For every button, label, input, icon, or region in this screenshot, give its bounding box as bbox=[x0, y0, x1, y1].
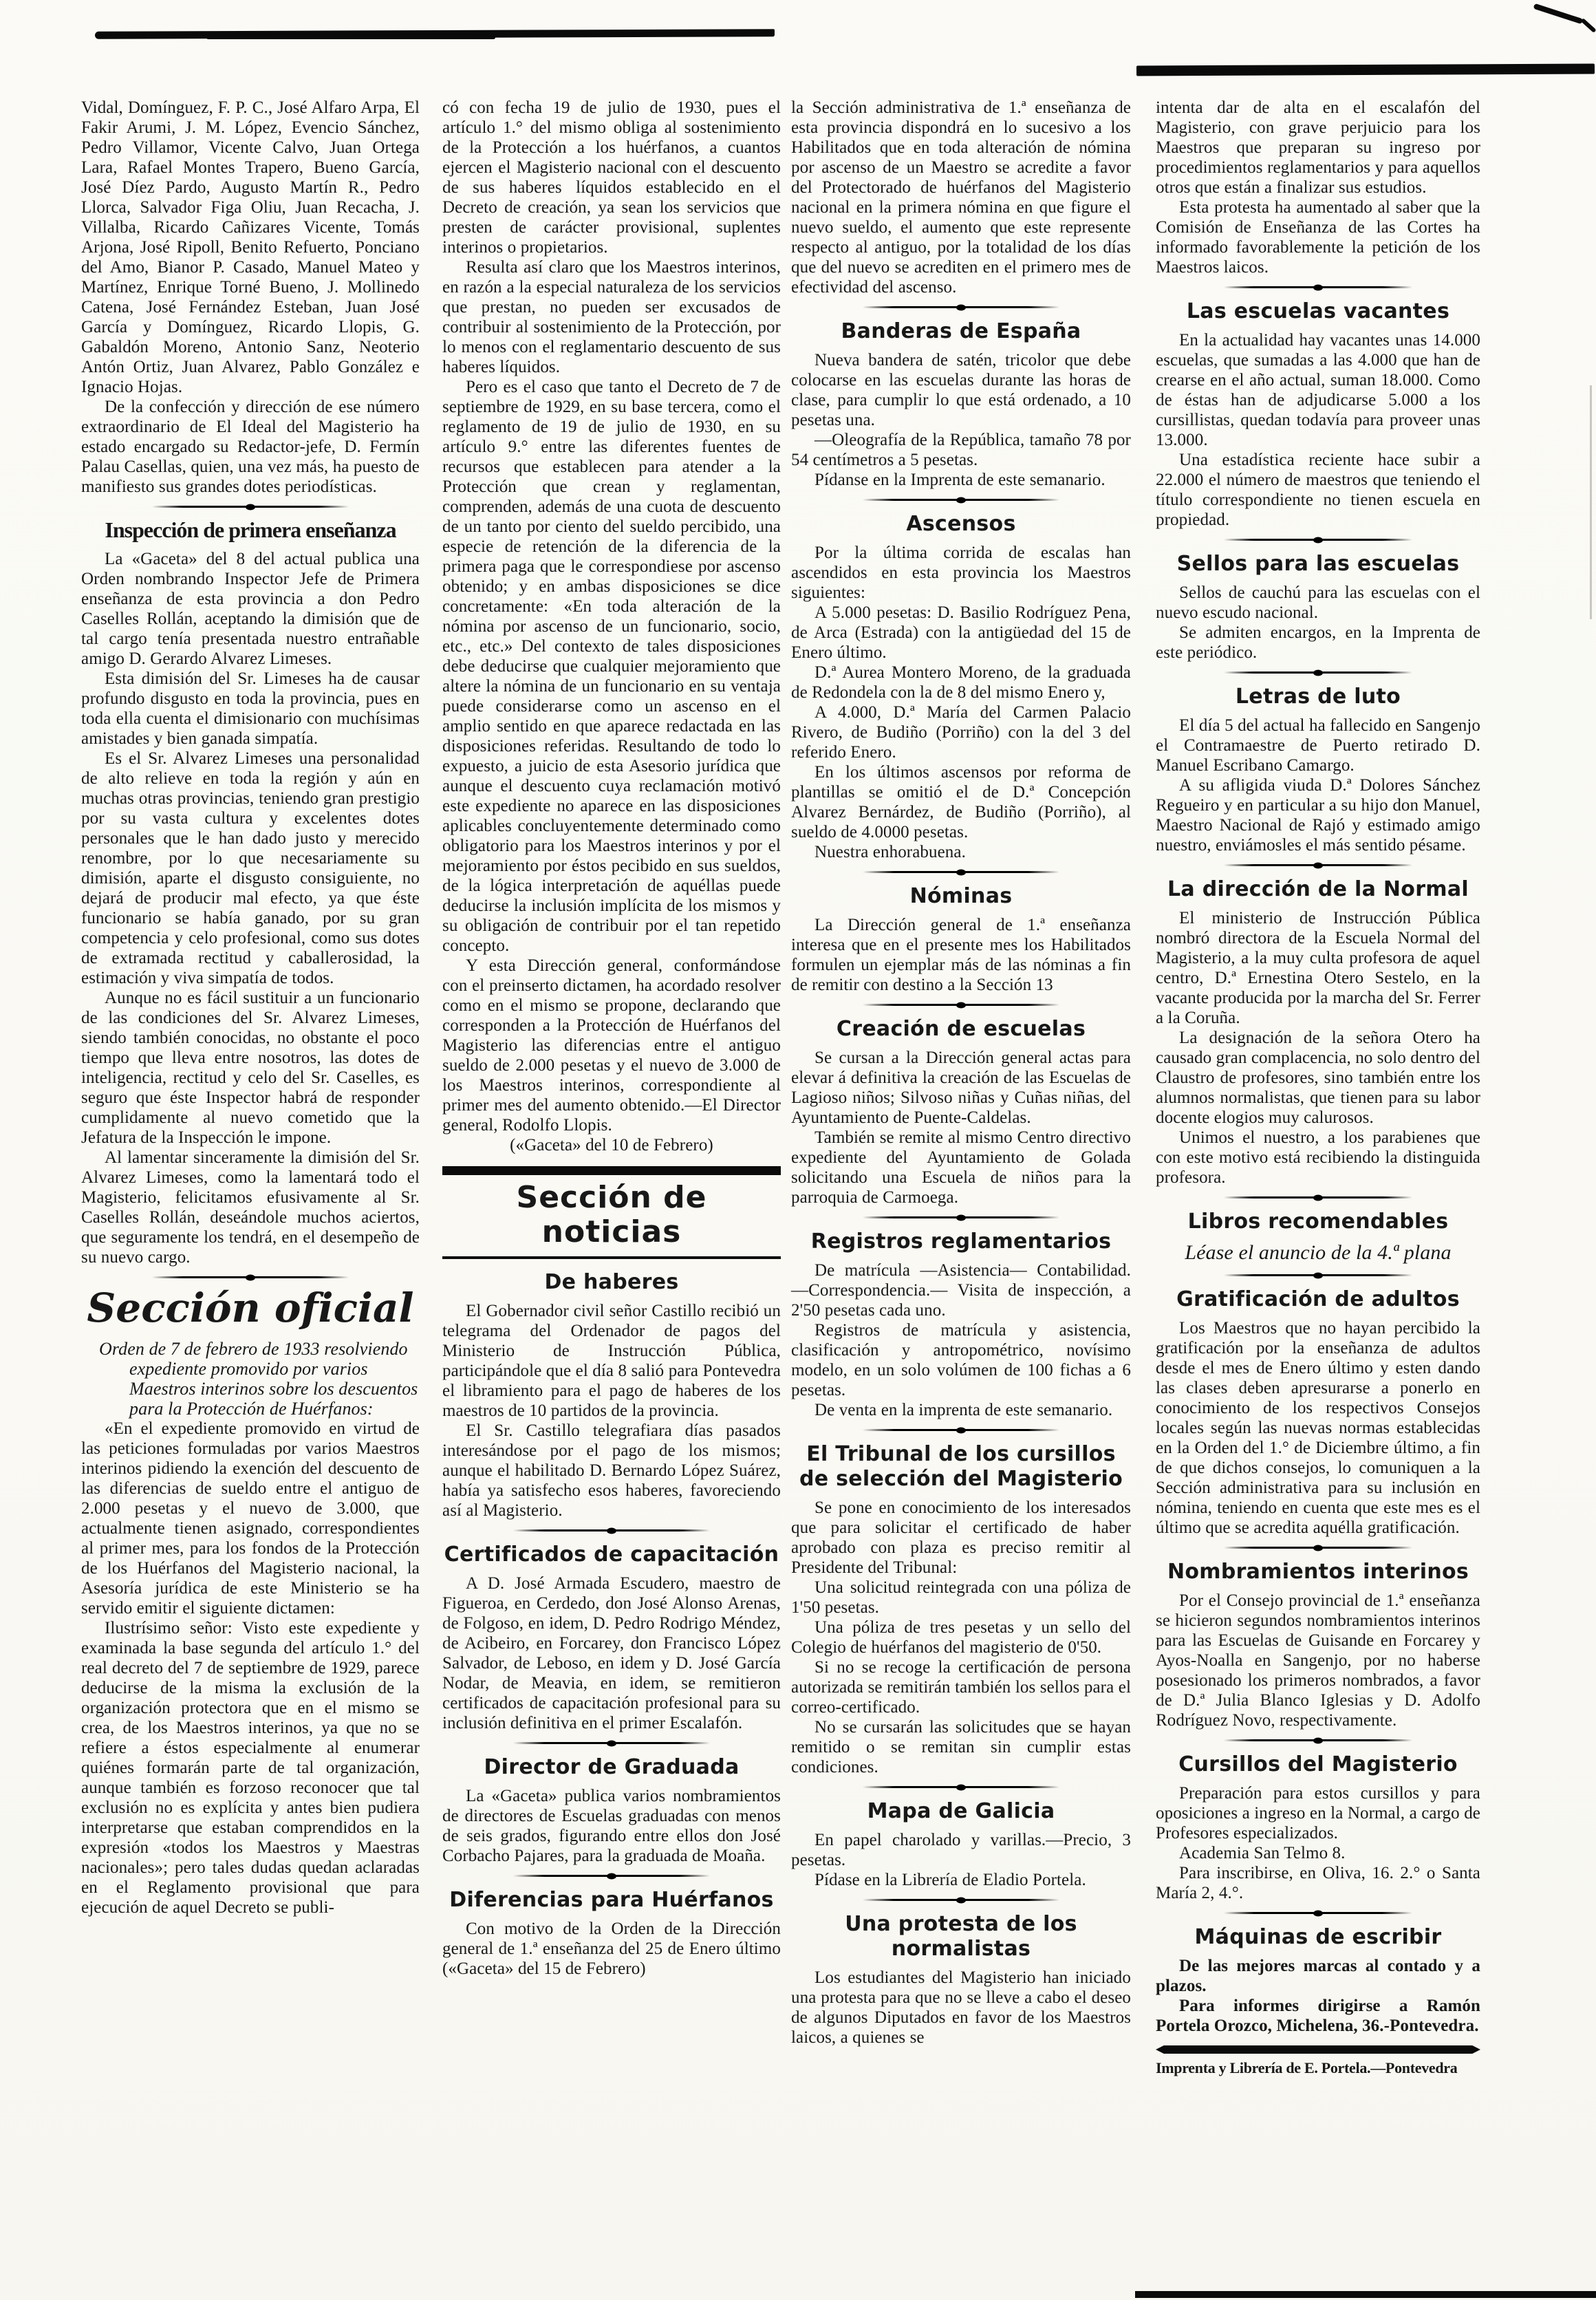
paragraph: De las mejores marcas al contado y a pla… bbox=[1156, 1956, 1480, 1996]
paragraph: A 4.000, D.ª María del Carmen Palacio Ri… bbox=[791, 702, 1131, 762]
divider-rule bbox=[1224, 1912, 1412, 1914]
paragraph: De venta en la imprenta de este semanari… bbox=[791, 1400, 1131, 1420]
paragraph: En los últimos ascensos por reforma de p… bbox=[791, 762, 1131, 842]
article-heading: La dirección de la Normal bbox=[1156, 877, 1480, 902]
paragraph: Resulta así claro que los Maestros inter… bbox=[442, 257, 781, 377]
news-banner-title: Sección de noticias bbox=[442, 1181, 781, 1249]
paragraph: A su afligida viuda D.ª Dolores Sánchez … bbox=[1156, 775, 1480, 855]
paragraph: También se remite al mismo Centro direct… bbox=[791, 1128, 1131, 1207]
article-heading: Mapa de Galicia bbox=[791, 1799, 1131, 1824]
paragraph: Se pone en conocimiento de los interesad… bbox=[791, 1498, 1131, 1578]
paragraph: D.ª Aurea Montero Moreno, de la graduada… bbox=[791, 663, 1131, 702]
section-heading: Inspección de primera enseñanza bbox=[81, 517, 420, 542]
paragraph: La «Gaceta» publica varios nombramientos… bbox=[442, 1786, 781, 1866]
divider-rule bbox=[152, 1276, 348, 1278]
divider-rule bbox=[1224, 1274, 1412, 1276]
divider-rule bbox=[863, 1429, 1060, 1431]
paragraph: Esta dimisión del Sr. Limeses ha de caus… bbox=[81, 669, 420, 749]
column-1: Vidal, Domínguez, F. P. C., José Alfaro … bbox=[81, 98, 420, 1917]
article-heading: Una protesta de los normalistas bbox=[791, 1912, 1131, 1962]
paragraph: De matrícula —Asistencia— Contabilidad.—… bbox=[791, 1260, 1131, 1320]
paragraph: Para inscribirse, en Oliva, 16. 2.° o Sa… bbox=[1156, 1863, 1480, 1903]
article-heading: De haberes bbox=[442, 1270, 781, 1295]
paragraph: Vidal, Domínguez, F. P. C., José Alfaro … bbox=[81, 98, 420, 397]
divider-rule bbox=[513, 1875, 709, 1877]
divider-rule bbox=[863, 1899, 1060, 1901]
paragraph: Academia San Telmo 8. bbox=[1156, 1843, 1480, 1863]
article-heading: Las escuelas vacantes bbox=[1156, 299, 1480, 324]
article-heading: Gratificación de adultos bbox=[1156, 1287, 1480, 1312]
divider-rule bbox=[1224, 539, 1412, 541]
paragraph: Unimos el nuestro, a los parabienes que … bbox=[1156, 1128, 1480, 1187]
article-heading: El Tribunal de los cursillos de selecció… bbox=[791, 1442, 1131, 1492]
divider-rule bbox=[863, 306, 1060, 308]
divider-rule bbox=[863, 1004, 1060, 1006]
paragraph: No se cursarán las solicitudes que se ha… bbox=[791, 1717, 1131, 1777]
article-heading: Creación de escuelas bbox=[791, 1017, 1131, 1042]
paragraph: Con motivo de la Orden de la Dirección g… bbox=[442, 1919, 781, 1979]
article-heading: Libros recomendables bbox=[1156, 1210, 1480, 1234]
paragraph: Se cursan a la Dirección general actas p… bbox=[791, 1048, 1131, 1128]
paragraph: Los Maestros que no hayan percibido la g… bbox=[1156, 1318, 1480, 1538]
column-3: la Sección administrativa de 1.ª enseñan… bbox=[791, 98, 1131, 2048]
paragraph: Pídase en la Librería de Eladio Portela. bbox=[791, 1870, 1131, 1890]
paragraph: Los estudiantes del Magisterio han inici… bbox=[791, 1968, 1131, 2048]
article-heading: Diferencias para Huérfanos bbox=[442, 1888, 781, 1913]
paragraph: Se admiten encargos, en la Imprenta de e… bbox=[1156, 623, 1480, 663]
paragraph: De la confección y dirección de ese núme… bbox=[81, 397, 420, 497]
newspaper-page: Vidal, Domínguez, F. P. C., José Alfaro … bbox=[0, 0, 1596, 2300]
paragraph: En papel charolado y varillas.—Precio, 3… bbox=[791, 1830, 1131, 1870]
column-2: có con fecha 19 de julio de 1930, pues e… bbox=[442, 98, 781, 1979]
divider-rule bbox=[863, 871, 1060, 873]
paragraph: Al lamentar sinceramente la dimisión del… bbox=[81, 1148, 420, 1267]
paragraph: En la actualidad hay vacantes unas 14.00… bbox=[1156, 330, 1480, 450]
paragraph: A 5.000 pesetas: D. Basilio Rodríguez Pe… bbox=[791, 603, 1131, 663]
article-heading: Máquinas de escribir bbox=[1156, 1925, 1480, 1950]
article-heading: Banderas de España bbox=[791, 319, 1131, 344]
divider-rule bbox=[1224, 671, 1412, 674]
paragraph: El Gobernador civil señor Castillo recib… bbox=[442, 1301, 781, 1421]
divider-rule bbox=[863, 499, 1060, 501]
imprint-line: Imprenta y Librería de E. Portela.—Ponte… bbox=[1156, 2059, 1480, 2077]
paragraph: intenta dar de alta en el escalafón del … bbox=[1156, 98, 1480, 197]
divider-rule bbox=[513, 1529, 709, 1531]
divider-rule bbox=[1224, 1196, 1412, 1199]
paragraph: Ilustrísimo señor: Visto este expediente… bbox=[81, 1618, 420, 1917]
paragraph: Si no se recoge la certificación de pers… bbox=[791, 1657, 1131, 1717]
paragraph: Por el Consejo provincial de 1.ª enseñan… bbox=[1156, 1591, 1480, 1730]
paragraph: «En el expediente promovido en virtud de… bbox=[81, 1419, 420, 1618]
divider-rule bbox=[1224, 864, 1412, 866]
paragraph: Aunque no es fácil sustituir a un funcio… bbox=[81, 988, 420, 1148]
paragraph: Nuestra enhorabuena. bbox=[791, 842, 1131, 862]
paragraph: Pídanse en la Imprenta de este semanario… bbox=[791, 470, 1131, 490]
columns: Vidal, Domínguez, F. P. C., José Alfaro … bbox=[0, 0, 1596, 2300]
article-heading: Ascensos bbox=[791, 512, 1131, 537]
paragraph: la Sección administrativa de 1.ª enseñan… bbox=[791, 98, 1131, 297]
paragraph: La «Gaceta» del 8 del actual publica una… bbox=[81, 549, 420, 669]
paragraph: Registros de matrícula y asistencia, cla… bbox=[791, 1320, 1131, 1400]
paragraph: El Sr. Castillo telegrafiara días pasado… bbox=[442, 1421, 781, 1520]
article-heading: Cursillos del Magisterio bbox=[1156, 1752, 1480, 1777]
paragraph: Una póliza de tres pesetas y un sello de… bbox=[791, 1617, 1131, 1657]
article-heading: Registros reglamentarios bbox=[791, 1229, 1131, 1254]
column-4: intenta dar de alta en el escalafón del … bbox=[1156, 98, 1480, 2077]
article-heading: Nóminas bbox=[791, 884, 1131, 909]
divider-rule bbox=[863, 1216, 1060, 1218]
article-heading: Sellos para las escuelas bbox=[1156, 552, 1480, 577]
paragraph: Para informes dirigirse a Ramón Portela … bbox=[1156, 1996, 1480, 2036]
paragraph: («Gaceta» del 10 de Febrero) bbox=[442, 1135, 781, 1155]
divider-rule bbox=[1224, 1739, 1412, 1741]
paragraph: El día 5 del actual ha fallecido en Sang… bbox=[1156, 716, 1480, 775]
paragraph: Es el Sr. Alvarez Limeses una personalid… bbox=[81, 749, 420, 988]
paragraph: Preparación para estos cursillos y para … bbox=[1156, 1783, 1480, 1843]
paragraph: La designación de la señora Otero ha cau… bbox=[1156, 1028, 1480, 1128]
news-banner: Sección de noticias bbox=[442, 1166, 781, 1259]
paragraph: Sellos de cauchú para las escuelas con e… bbox=[1156, 583, 1480, 623]
paragraph: Por la última corrida de escalas han asc… bbox=[791, 543, 1131, 603]
paragraph: Y esta Dirección general, conformándose … bbox=[442, 956, 781, 1135]
official-section-heading: Sección oficial bbox=[81, 1287, 420, 1329]
paragraph: có con fecha 19 de julio de 1930, pues e… bbox=[442, 98, 781, 257]
divider-rule bbox=[863, 1786, 1060, 1788]
article-heading: Nombramientos interinos bbox=[1156, 1560, 1480, 1584]
divider-rule bbox=[152, 506, 348, 508]
paragraph: Pero es el caso que tanto el Decreto de … bbox=[442, 377, 781, 956]
paragraph: Orden de 7 de febrero de 1933 resolviend… bbox=[99, 1339, 420, 1419]
article-heading: Letras de luto bbox=[1156, 685, 1480, 709]
paragraph: Nueva bandera de satén, tricolor que deb… bbox=[791, 350, 1131, 430]
divider-rule bbox=[1224, 286, 1412, 288]
paragraph: Una solicitud reintegrada con una póliza… bbox=[791, 1578, 1131, 1617]
paragraph: Una estadística reciente hace subir a 22… bbox=[1156, 450, 1480, 530]
article-heading: Director de Graduada bbox=[442, 1755, 781, 1780]
heavy-rule bbox=[1156, 2045, 1480, 2054]
paragraph: La Dirección general de 1.ª enseñanza in… bbox=[791, 915, 1131, 995]
paragraph: Léase el anuncio de la 4.ª plana bbox=[1156, 1240, 1480, 1265]
paragraph: A D. José Armada Escudero, maestro de Fi… bbox=[442, 1573, 781, 1733]
divider-rule bbox=[513, 1742, 709, 1744]
paragraph: —Oleografía de la República, tamaño 78 p… bbox=[791, 430, 1131, 470]
article-heading: Certificados de capacitación bbox=[442, 1543, 781, 1567]
paragraph: Esta protesta ha aumentado al saber que … bbox=[1156, 197, 1480, 277]
divider-rule bbox=[1224, 1547, 1412, 1549]
paragraph: El ministerio de Instrucción Pública nom… bbox=[1156, 908, 1480, 1028]
